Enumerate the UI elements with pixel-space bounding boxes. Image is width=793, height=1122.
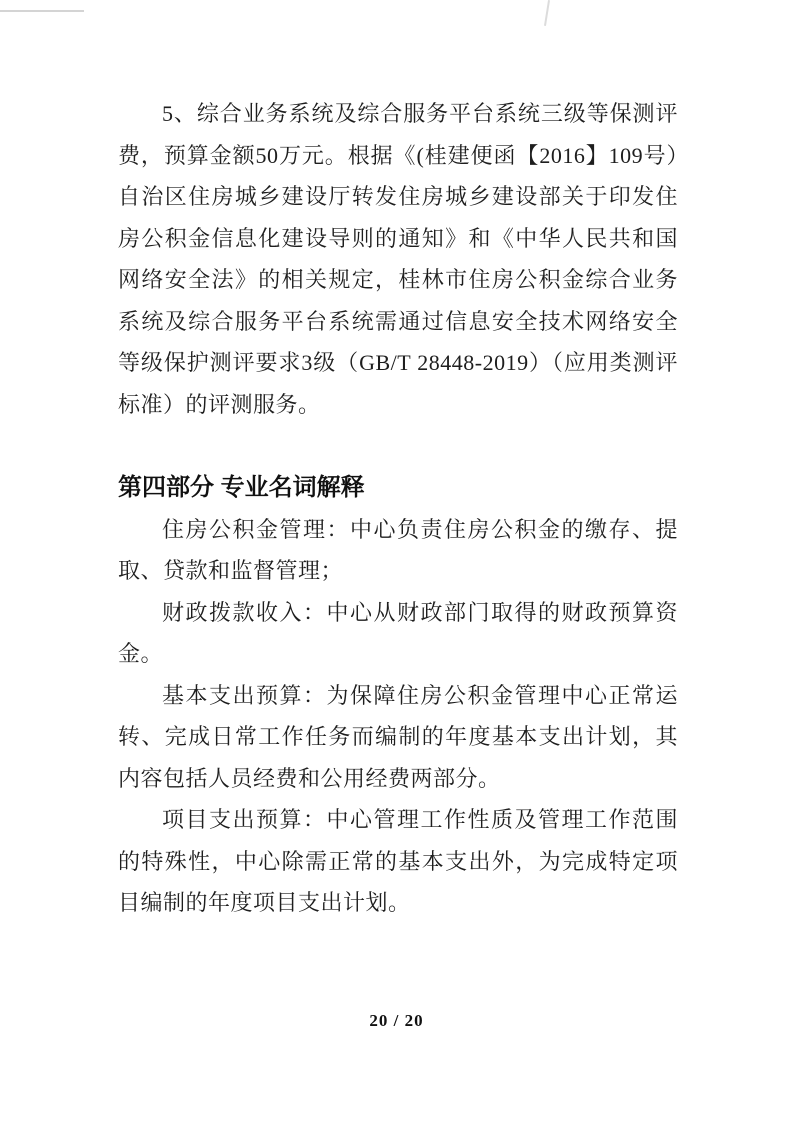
page-number-footer: 20 / 20: [0, 1011, 793, 1031]
scan-artifact-line: [0, 10, 84, 12]
document-page: 5、综合业务系统及综合服务平台系统三级等保测评费，预算金额50万元。根据《(桂建…: [0, 0, 793, 1122]
definition-basic-expenditure-budget: 基本支出预算：为保障住房公积金管理中心正常运转、完成日常工作任务而编制的年度基本…: [118, 675, 678, 800]
definition-housing-fund-management: 住房公积金管理：中心负责住房公积金的缴存、提取、贷款和监督管理；: [118, 509, 678, 592]
budget-item-5-paragraph: 5、综合业务系统及综合服务平台系统三级等保测评费，预算金额50万元。根据《(桂建…: [118, 93, 678, 425]
definition-project-expenditure-budget: 项目支出预算：中心管理工作性质及管理工作范围的特殊性，中心除需正常的基本支出外，…: [118, 799, 678, 924]
section-heading-part4: 第四部分 专业名词解释: [118, 467, 678, 509]
definition-fiscal-appropriation-income: 财政拨款收入：中心从财政部门取得的财政预算资金。: [118, 592, 678, 675]
page-content: 5、综合业务系统及综合服务平台系统三级等保测评费，预算金额50万元。根据《(桂建…: [118, 93, 678, 924]
scan-artifact-mark: [544, 0, 550, 26]
